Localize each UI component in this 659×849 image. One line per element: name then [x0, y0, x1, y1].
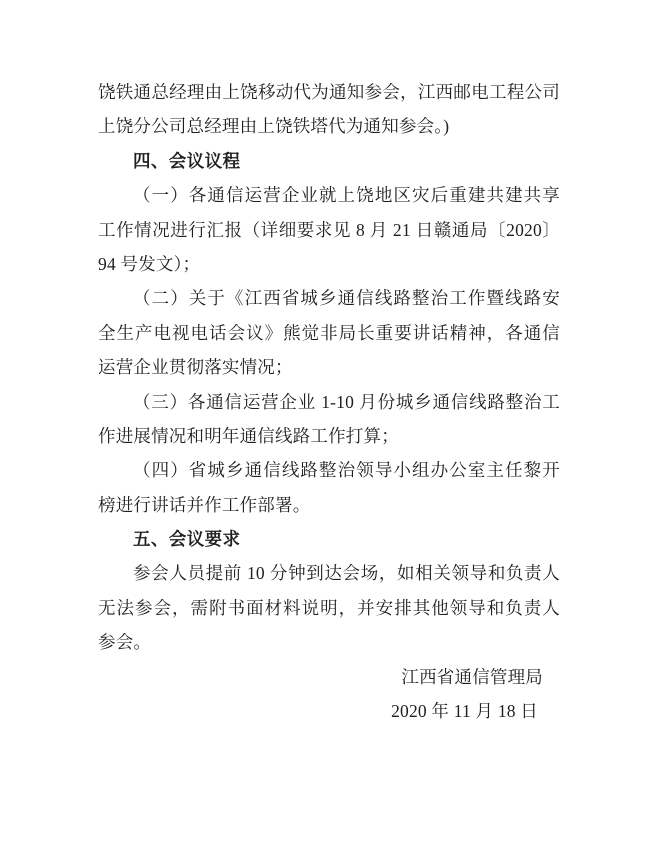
signature-organization: 江西省通信管理局 [98, 660, 560, 694]
signature-date: 2020 年 11 月 18 日 [98, 694, 560, 728]
section-heading-agenda: 四、会议议程 [98, 144, 560, 178]
agenda-item-4-line-2: 榜进行讲话并作工作部署。 [98, 488, 560, 522]
document-body: 饶铁通总经理由上饶移动代为通知参会，江西邮电工程公司 上饶分公司总经理由上饶铁塔… [98, 75, 560, 728]
document-page: 饶铁通总经理由上饶移动代为通知参会，江西邮电工程公司 上饶分公司总经理由上饶铁塔… [0, 0, 659, 849]
agenda-item-2-line-1: （二）关于《江西省城乡通信线路整治工作暨线路安 [98, 281, 560, 315]
section-heading-requirements: 五、会议要求 [98, 522, 560, 556]
body-line-paragraph-end: 上饶分公司总经理由上饶铁塔代为通知参会。) [98, 109, 560, 143]
agenda-item-3-line-2: 作进展情况和明年通信线路工作打算； [98, 419, 560, 453]
requirements-line-3: 参会。 [98, 625, 560, 659]
agenda-item-2-line-2: 全生产电视电话会议》熊觉非局长重要讲话精神，各通信 [98, 316, 560, 350]
agenda-item-1-line-3: 94 号发文）； [98, 247, 560, 281]
agenda-item-1-line-1: （一）各通信运营企业就上饶地区灾后重建共建共享 [98, 178, 560, 212]
agenda-item-3-line-1: （三）各通信运营企业 1-10 月份城乡通信线路整治工 [98, 385, 560, 419]
requirements-line-1: 参会人员提前 10 分钟到达会场，如相关领导和负责人 [98, 556, 560, 590]
body-line-continuation: 饶铁通总经理由上饶移动代为通知参会，江西邮电工程公司 [98, 75, 560, 109]
agenda-item-4-line-1: （四）省城乡通信线路整治领导小组办公室主任黎开 [98, 453, 560, 487]
agenda-item-1-line-2: 工作情况进行汇报（详细要求见 8 月 21 日赣通局〔2020〕 [98, 213, 560, 247]
requirements-line-2: 无法参会，需附书面材料说明，并安排其他领导和负责人 [98, 591, 560, 625]
agenda-item-2-line-3: 运营企业贯彻落实情况； [98, 350, 560, 384]
